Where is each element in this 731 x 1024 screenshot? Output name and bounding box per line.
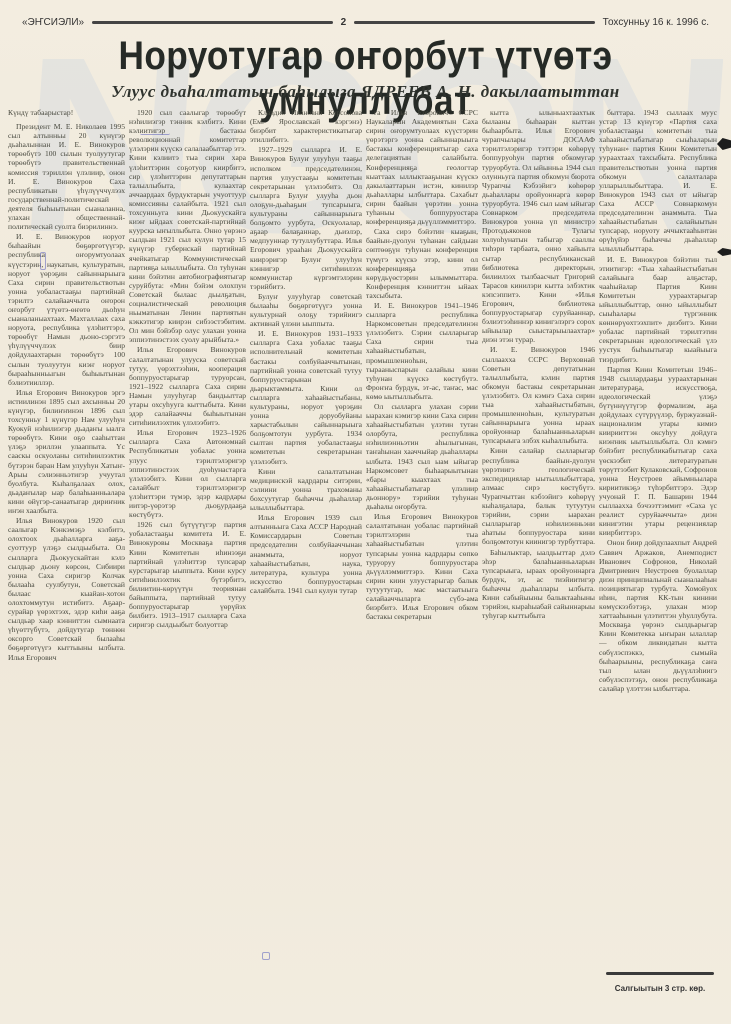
text-column: га Илья Егорович ССРС Наукаларын Академи… bbox=[366, 108, 478, 984]
paragraph: Илья Егорович Винокуров эргэ истиилинэн … bbox=[8, 388, 125, 515]
masthead-rule-right bbox=[354, 21, 594, 24]
paragraph: Партия Киин Комитетын 1946–1948 сылларда… bbox=[599, 365, 717, 538]
paragraph: Баһылыктар, ыалдьыттар дэлэ эһэр балаһыа… bbox=[482, 548, 595, 621]
continued-note: Салгыытын 3 стр. көр. bbox=[615, 984, 706, 993]
newspaper-page: NGONE «ЭҤСИЭЛИ» 2 Тохсунньу 16 к. 1996 с… bbox=[0, 0, 731, 1024]
page-number: 2 bbox=[341, 17, 347, 28]
paragraph: Илья Егорович 1923–1926 сылларга Саха Ав… bbox=[129, 428, 246, 519]
paragraph: И. Е. Винокуров 1946 сыллаахха ССРС Верх… bbox=[482, 345, 595, 445]
paragraph: 1920 сыл саалыгар төрөөбүт нэһилиэгэр тэ… bbox=[129, 108, 246, 344]
text-column: Клавдия Ивановна Керсонова (Ем. Ярославс… bbox=[250, 108, 362, 984]
paper-name: «ЭҤСИЭЛИ» bbox=[22, 17, 84, 28]
end-rule bbox=[606, 972, 714, 975]
paragraph: га Илья Егорович ССРС Наукаларын Академи… bbox=[366, 108, 478, 226]
paragraph: Клавдия Ивановна Керсонова (Ем. Ярославс… bbox=[250, 108, 362, 144]
paragraph: И. Е. Винокуров 1931–1933 сылларга Саха … bbox=[250, 329, 362, 465]
continued-note-block: Салгыытын 3 стр. көр. bbox=[606, 972, 714, 993]
paragraph: Булуҥ улууһугар советскай былааһы бөҕөрг… bbox=[250, 292, 362, 328]
paragraph: Илья Егорович Винокуров салалтатынан уоб… bbox=[366, 512, 478, 621]
paragraph: 1927–1929 сылларга И. Е. Винокуров Булуҥ… bbox=[250, 145, 362, 291]
issue-date: Тохсунньу 16 к. 1996 с. bbox=[603, 17, 709, 28]
paragraph: Онон биир дойдулаахпыт Андрей Саввич Арж… bbox=[599, 538, 717, 693]
paragraph: Илья Егорович Винокуров салалтатынан улу… bbox=[129, 345, 246, 427]
paragraph: быттара. 1943 сыллаах муус устар 13 күнү… bbox=[599, 108, 717, 254]
paragraph: Кини салайар сылларыгар республика баайы… bbox=[482, 446, 595, 546]
paragraph: Ол сылларга улахан сэрии ыарахан кэмигэр… bbox=[366, 402, 478, 511]
text-column: быттара. 1943 сыллаах муус устар 13 күнү… bbox=[599, 108, 717, 984]
text-column: Күндү табаарыстар!Президент М. Е. Никола… bbox=[8, 108, 125, 984]
pen-annotation bbox=[40, 252, 46, 270]
paragraph: Илья Егорович 1939 сыл алтынньыга Саха А… bbox=[250, 513, 362, 595]
paragraph: Саха сирэ бэйэтин кыаҕын, баайын-дуолун … bbox=[366, 227, 478, 300]
paragraph: И. Е. Винокуров бэйэтин тыл этиитигэр: «… bbox=[599, 255, 717, 364]
pen-annotation bbox=[140, 128, 170, 135]
paragraph: И. Е. Винокуров норуот быһаайын бөҕөргөт… bbox=[8, 232, 125, 387]
pen-annotation bbox=[262, 952, 270, 960]
paragraph: Илья Винокуров 1920 сыл саалыгар Кэнкэмэ… bbox=[8, 516, 125, 662]
paragraph: кытта ылыныахтаахтык былааны быһааран кы… bbox=[482, 108, 595, 344]
greeting: Күндү табаарыстар! bbox=[8, 108, 125, 117]
text-column: кытта ылыныахтаахтык былааны быһааран кы… bbox=[482, 108, 595, 984]
masthead-rule-left bbox=[92, 21, 332, 24]
article-body: Күндү табаарыстар!Президент М. Е. Никола… bbox=[8, 108, 723, 984]
masthead: «ЭҤСИЭЛИ» 2 Тохсунньу 16 к. 1996 с. bbox=[22, 14, 709, 30]
text-column: 1920 сыл саалыгар төрөөбүт нэһилиэгэр тэ… bbox=[129, 108, 246, 984]
paragraph: Президент М. Е. Николаев 1995 сыл алтынн… bbox=[8, 122, 125, 231]
paragraph: И. Е. Винокуров 1941–1946 сылларга респу… bbox=[366, 301, 478, 401]
paragraph: Кини салалтатынан медицинскэй кадрдары с… bbox=[250, 467, 362, 512]
subtitle: Улуус дьаһалтатын баһылыга ЯДРЕЕВ А. Н. … bbox=[0, 82, 731, 102]
paragraph: 1926 сыл бүтүүтүгэр партия уобаластааҕы … bbox=[129, 520, 246, 629]
